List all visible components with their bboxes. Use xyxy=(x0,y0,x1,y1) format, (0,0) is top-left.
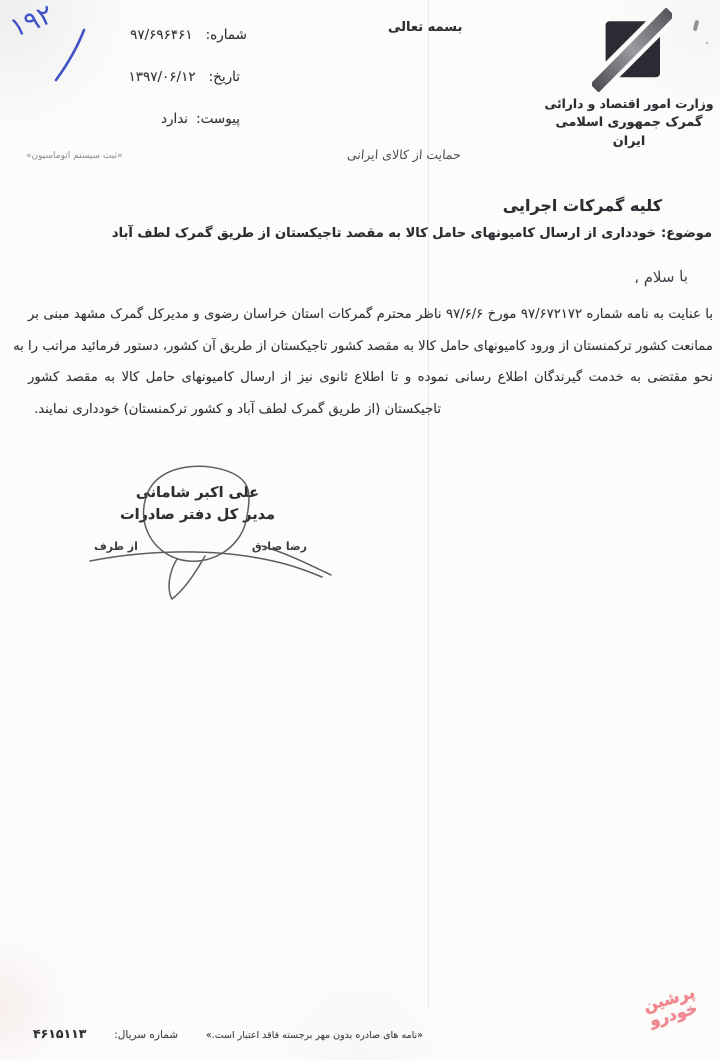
letter-body: با عنایت به نامه شماره ۹۷/۶۷۲۱۷۲ مورخ ۹۷… xyxy=(28,299,713,425)
recipient-heading: کلیه گمرکات اجرایی xyxy=(503,196,662,215)
attachment-row: پیوست: ندارد xyxy=(161,111,240,127)
ministry-line2: گمرک جمهوری اسلامی ایران xyxy=(538,113,720,151)
scan-speck xyxy=(693,20,700,32)
attachment-label: پیوست: xyxy=(196,111,240,127)
date-label: تاریخ: xyxy=(209,69,240,85)
letter-number-row: شماره: ۹۷/۶۹۶۴۶۱ xyxy=(130,27,247,43)
ministry-line1: وزارت امور اقتصاد و دارائی xyxy=(538,96,720,113)
signatory-name: علی اکبر شامانی xyxy=(80,482,315,504)
attachment-value: ندارد xyxy=(161,111,188,127)
handwritten-registry-number: ۱۹۲ xyxy=(6,0,58,44)
number-label: شماره: xyxy=(206,27,247,43)
scanned-letter-page: ۱۹۲ شماره: ۹۷/۶۹۶۴۶۱ تاریخ: ۱۳۹۷/۰۶/۱۲ پ… xyxy=(0,0,720,1060)
automation-note: «ثبت سیستم اتوماسیون» xyxy=(26,151,123,161)
iran-customs-logo-icon xyxy=(592,8,672,92)
body-line: ممانعت کشور ترکمنستان از ورود کامیونهای … xyxy=(28,331,713,363)
body-line: تاجیکستان (از طریق گمرک لطف آباد و کشور … xyxy=(28,394,441,426)
body-line: با عنایت به نامه شماره ۹۷/۶۷۲۱۷۲ مورخ ۹۷… xyxy=(28,299,713,331)
on-behalf-row: از طرف رضا صادق xyxy=(94,540,307,553)
signature-block: علی اکبر شامانی مدیر کل دفتر صادرات از ط… xyxy=(80,482,315,553)
letter-date-row: تاریخ: ۱۳۹۷/۰۶/۱۲ xyxy=(128,69,240,85)
date-value: ۱۳۹۷/۰۶/۱۲ xyxy=(128,69,195,85)
scan-speck xyxy=(706,42,708,44)
subject-line: موضوع: خودداری از ارسال کامیونهای حامل ک… xyxy=(112,226,712,241)
number-value: ۹۷/۶۹۶۴۶۱ xyxy=(130,27,193,43)
subject-label: موضوع: xyxy=(661,226,712,241)
serial-label: شماره سریال: xyxy=(114,1029,178,1041)
on-behalf-name: رضا صادق xyxy=(252,540,307,553)
ministry-header: وزارت امور اقتصاد و دارائی گمرک جمهوری ا… xyxy=(538,96,720,151)
persian-khodro-watermark: پرشین خودرو xyxy=(642,984,701,1029)
footer-row: «نامه های صادره بدون مهر برجسته فاقد اعت… xyxy=(33,1026,423,1041)
on-behalf-label: از طرف xyxy=(94,540,138,553)
handwritten-slash xyxy=(56,30,84,80)
body-line: نحو مقتضی به خدمت گیرندگان اطلاع رسانی ن… xyxy=(28,362,713,394)
year-slogan: حمایت از کالای ایرانی xyxy=(337,147,470,162)
signatory-title: مدیر کل دفتر صادرات xyxy=(80,504,315,526)
salutation-handwriting: با سلام ، xyxy=(634,267,689,287)
serial-value: ۴۶۱۵۱۱۳ xyxy=(33,1026,86,1041)
subject-text: خودداری از ارسال کامیونهای حامل کالا به … xyxy=(112,226,656,241)
validity-note: «نامه های صادره بدون مهر برجسته فاقد اعت… xyxy=(206,1030,423,1041)
bismillah-text: بسمه تعالی xyxy=(388,20,462,35)
